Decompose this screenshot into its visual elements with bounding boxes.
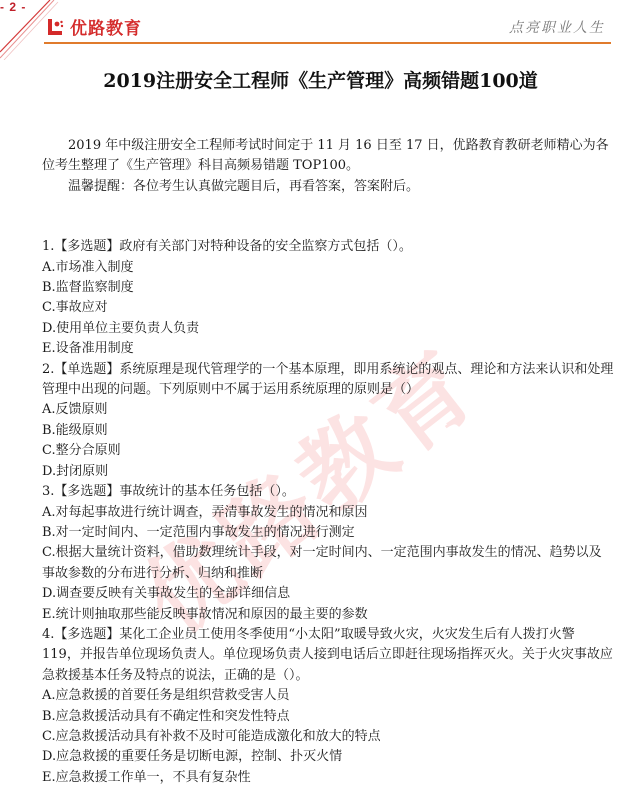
option-c: C.事故应对 (42, 298, 614, 318)
option-e: E.应急救援工作单一，不具有复杂性 (42, 768, 614, 788)
option-b: B.监督监察制度 (42, 278, 614, 298)
question-1: 1.【多选题】政府有关部门对特种设备的安全监察方式包括（）。 A.市场准入制度 … (42, 237, 614, 359)
document-body: 2019 年中级注册安全工程师考试时间定于 11 月 16 日至 17 日，优路… (42, 136, 614, 788)
option-d: D.使用单位主要负责人负责 (42, 319, 614, 339)
question-stem: 2.【单选题】系统原理是现代管理学的一个基本原理，即用系统论的观点、理论和方法来… (42, 360, 614, 401)
option-e: E.统计则抽取那些能反映事故情况和原因的最主要的参数 (42, 605, 614, 625)
intro-section: 2019 年中级注册安全工程师考试时间定于 11 月 16 日至 17 日，优路… (42, 136, 614, 197)
intro-reminder: 温馨提醒：各位考生认真做完题目后，再看答案，答案附后。 (42, 177, 614, 197)
header-divider (44, 42, 611, 44)
option-c: C.整分合原则 (42, 441, 614, 461)
question-4: 4.【多选题】某化工企业员工使用冬季使用“小太阳”取暖导致火灾，火灾发生后有人拨… (42, 625, 614, 788)
logo-mark-icon (46, 17, 66, 37)
option-b: B.对一定时间内、一定范围内事故发生的情况进行测定 (42, 523, 614, 543)
option-c: C.根据大量统计资料，借助数理统计手段，对一定时间内、一定范围内事故发生的情况、… (42, 543, 614, 584)
question-2: 2.【单选题】系统原理是现代管理学的一个基本原理，即用系统论的观点、理论和方法来… (42, 360, 614, 482)
logo-text: 优路教育 (70, 14, 142, 39)
document-title: 2019注册安全工程师《生产管理》高频错题100道 (0, 66, 641, 93)
intro-paragraph: 2019 年中级注册安全工程师考试时间定于 11 月 16 日至 17 日，优路… (42, 136, 614, 177)
option-b: B.能级原则 (42, 421, 614, 441)
option-a: A.应急救援的首要任务是组织营救受害人员 (42, 686, 614, 706)
question-stem: 1.【多选题】政府有关部门对特种设备的安全监察方式包括（）。 (42, 237, 614, 257)
question-stem: 4.【多选题】某化工企业员工使用冬季使用“小太阳”取暖导致火灾，火灾发生后有人拨… (42, 625, 614, 686)
option-e: E.设备准用制度 (42, 339, 614, 359)
option-a: A.反馈原则 (42, 400, 614, 420)
option-b: B.应急救援活动具有不确定性和突发性特点 (42, 707, 614, 727)
option-c: C.应急救援活动具有补救不及时可能造成激化和放大的特点 (42, 727, 614, 747)
option-d: D.封闭原则 (42, 462, 614, 482)
slogan: 点亮职业人生 (509, 17, 605, 37)
question-3: 3.【多选题】事故统计的基本任务包括（）。 A.对每起事故进行统计调查，弄清事故… (42, 482, 614, 625)
option-d: D.调查要反映有关事故发生的全部详细信息 (42, 584, 614, 604)
question-stem: 3.【多选题】事故统计的基本任务包括（）。 (42, 482, 614, 502)
option-a: A.市场准入制度 (42, 258, 614, 278)
option-d: D.应急救援的重要任务是切断电源，控制、扑灭火情 (42, 747, 614, 767)
brand-logo: 优路教育 (46, 14, 142, 39)
option-a: A.对每起事故进行统计调查，弄清事故发生的情况和原因 (42, 503, 614, 523)
